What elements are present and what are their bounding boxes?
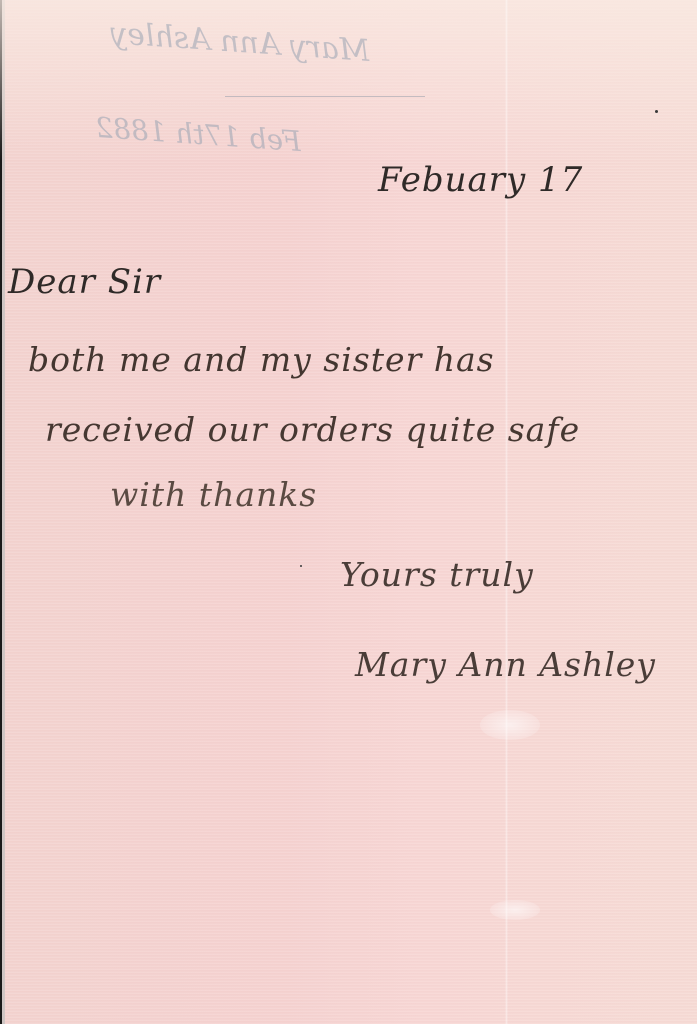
closing: Yours truly bbox=[340, 555, 534, 594]
signature: Mary Ann Ashley bbox=[355, 645, 656, 684]
letter-page: Mary Ann Ashley Feb 17th 1882 Febuary 17… bbox=[0, 0, 697, 1024]
body-line: received our orders quite safe bbox=[45, 410, 580, 449]
ink-speck bbox=[655, 110, 658, 113]
body-line: with thanks bbox=[110, 475, 317, 514]
bleed-through-rule bbox=[225, 96, 425, 97]
salutation: Dear Sir bbox=[8, 262, 161, 302]
letter-date: Febuary 17 bbox=[378, 160, 583, 200]
paper-crease-mark bbox=[490, 900, 540, 920]
ink-speck bbox=[300, 565, 302, 567]
paper-crease-mark bbox=[480, 710, 540, 740]
body-line: both me and my sister has bbox=[28, 340, 495, 379]
paper-fold bbox=[505, 0, 508, 1024]
